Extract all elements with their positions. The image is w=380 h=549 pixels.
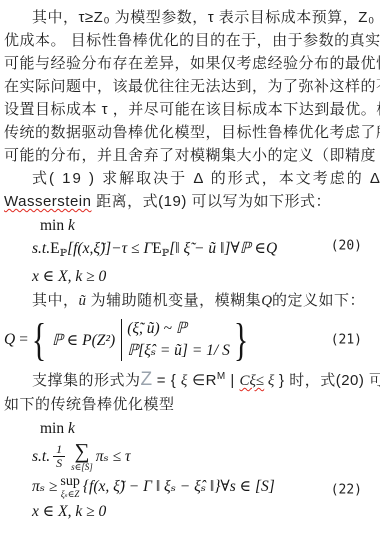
- text-line: Wasserstein 距离，式(19) 可以写为如下形式：: [4, 190, 376, 213]
- objective-variable: k: [68, 217, 75, 234]
- condition-joint-distribution: (ξ̃, ũ) ~ ℙ: [127, 318, 230, 340]
- support-set-z-symbol: Z: [141, 369, 153, 390]
- constraint-rhs: [‖ ξ̃ − ũ ‖]∀ℙ ∈: [169, 240, 266, 257]
- text-segment: 的定义如下：: [272, 292, 365, 309]
- equation-20: min k s.t.Eℙ[f(x,ξ̃)]−τ ≤ ΓEℙ[‖ ξ̃ − ũ ‖…: [4, 215, 376, 287]
- equation-22-objective: min k: [40, 418, 376, 439]
- text-segment: 为辅助随机变量，模糊集: [86, 292, 261, 309]
- equation-number: (21): [331, 333, 362, 348]
- auxiliary-variable-u: ũ: [79, 293, 87, 309]
- equation-20-domain: x ∈ X, k ≥ 0: [32, 266, 376, 287]
- text-line: 在实际问题中，该最优往往无法达到，为了弥补这样的不足，: [4, 75, 376, 98]
- budget-constraint-rhs: πₛ ≤ τ: [96, 446, 131, 467]
- equation-22: min k s.t. 1 S ∑ s∈[S] πₛ ≤ τ πₛ ≥ sup ξ…: [4, 418, 376, 522]
- equation-number: (22): [331, 483, 362, 498]
- ambiguity-set-symbol: Q: [4, 331, 15, 349]
- expectation-symbol: E: [50, 240, 59, 257]
- paragraph-wasserstein: 式( 19 ) 求解取决于 Δ 的形式，本文考虑的 Δ 为 Wasserstei…: [4, 167, 376, 213]
- equation-21-definition: Q = { ℙ ∈ P(Z²) (ξ̃, ũ) ~ ℙ ℙ[ξ̂ₛ = ũ] =…: [4, 317, 376, 363]
- sup-limits: ξₛ∈Z: [60, 489, 79, 499]
- text-segment: 支撑集的形式为: [32, 372, 141, 389]
- min-operator: min: [40, 420, 68, 437]
- constraint-lhs: [f(x,ξ̃)]−τ ≤ Γ: [67, 240, 152, 257]
- text-segment: 其中，: [32, 292, 79, 309]
- text-line: 传统的数据驱动鲁棒优化模型，目标性鲁棒优化考虑了所有: [4, 121, 376, 144]
- left-brace: {: [32, 317, 46, 363]
- equation-20-objective: min k: [40, 215, 376, 236]
- such-that-bar: [121, 319, 122, 361]
- xi-symbol: ξ: [264, 373, 274, 389]
- fraction-denominator: S: [53, 457, 65, 470]
- sigma-symbol: ∑: [71, 441, 93, 462]
- expectation-symbol: E: [152, 240, 161, 257]
- ambiguity-set-symbol: Q: [261, 293, 272, 309]
- text-segment: 距离，式(19) 可以写为如下形式：: [91, 193, 331, 210]
- text-segment: |: [226, 372, 240, 389]
- paragraph-model-params: 其中，τ≥Z₀ 为模型参数，τ 表示目标成本预算，Z₀ 表示最 优成本。 目标性…: [4, 6, 376, 167]
- equals-sign: =: [19, 331, 28, 349]
- one-over-s-fraction: 1 S: [53, 443, 65, 470]
- ambiguity-set-symbol: Q: [266, 240, 277, 257]
- sup-body: {f(x, ξ̃) − Γ ‖ ξₛ − ξ̂ₛ ‖}∀s ∈ [S]: [83, 476, 275, 497]
- summation-operator: ∑ s∈[S]: [71, 441, 93, 472]
- set-conditions: (ξ̃, ũ) ~ ℙ ℙ[ξ̂ₛ = ũ] = 1/ S: [127, 318, 230, 362]
- constraint-misspelled-segment: Cξ≤: [240, 373, 265, 389]
- min-operator: min: [40, 217, 68, 234]
- text-line: 支撑集的形式为Z = { ξ ∈RM | Cξ≤ ξ } 时，式(20) 可化为: [4, 365, 376, 393]
- wasserstein-misspelled-word: Wasserstein: [4, 193, 91, 210]
- condition-probability: ℙ[ξ̂ₛ = ũ] = 1/ S: [127, 340, 230, 362]
- sigma-limits: s∈[S]: [71, 462, 93, 472]
- text-line: 式( 19 ) 求解取决于 Δ 的形式，本文考虑的 Δ 为: [4, 167, 376, 190]
- equation-21: Q = { ℙ ∈ P(Z²) (ξ̃, ũ) ~ ℙ ℙ[ξ̂ₛ = ũ] =…: [4, 317, 376, 363]
- equation-22-domain: x ∈ X, k ≥ 0: [32, 501, 376, 522]
- expectation-subscript: ℙ: [60, 248, 68, 259]
- document-page: 其中，τ≥Z₀ 为模型参数，τ 表示目标成本预算，Z₀ 表示最 优成本。 目标性…: [0, 0, 380, 549]
- text-line: 可能与经验分布存在差异，如果仅考虑经验分布的最优性，则: [4, 52, 376, 75]
- paragraph-auxiliary-variable: 其中，ũ 为辅助随机变量，模糊集Q的定义如下：: [4, 289, 376, 313]
- pi-lhs: πₛ ≥: [32, 476, 57, 497]
- subject-to: s.t.: [32, 446, 50, 467]
- right-brace: }: [234, 317, 248, 363]
- text-segment: ∈R: [187, 372, 217, 389]
- text-line: 其中，τ≥Z₀ 为模型参数，τ 表示目标成本预算，Z₀ 表示最: [4, 6, 376, 29]
- equation-20-constraint: s.t.Eℙ[f(x,ξ̃)]−τ ≤ ΓEℙ[‖ ξ̃ − ũ ‖]∀ℙ ∈Q: [32, 238, 376, 264]
- text-line: 设置目标成本 τ ，并尽可能在该目标成本下达到最优。相比于: [4, 98, 376, 121]
- sup-symbol: sup: [60, 474, 79, 489]
- text-line: 优成本。 目标性鲁棒优化的目的在于，由于参数的真实分布: [4, 29, 376, 52]
- dimension-superscript: M: [217, 371, 226, 382]
- objective-variable: k: [68, 420, 75, 437]
- equation-22-budget-constraint: s.t. 1 S ∑ s∈[S] πₛ ≤ τ: [32, 441, 376, 472]
- subject-to: s.t.: [32, 240, 50, 257]
- paragraph-support-set: 支撑集的形式为Z = { ξ ∈RM | Cξ≤ ξ } 时，式(20) 可化为…: [4, 365, 376, 416]
- sup-operator: sup ξₛ∈Z: [60, 474, 79, 499]
- fraction-numerator: 1: [53, 443, 65, 457]
- equation-22-sup-constraint: πₛ ≥ sup ξₛ∈Z {f(x, ξ̃) − Γ ‖ ξₛ − ξ̂ₛ ‖…: [32, 474, 376, 499]
- text-line: 可能的分布，并且舍弃了对模糊集大小的定义（即精度 ε）。: [4, 144, 376, 167]
- text-line: 如下的传统鲁棒优化模型: [4, 393, 376, 416]
- set-membership: ℙ ∈ P(Z²): [52, 331, 115, 350]
- text-segment: } 时，式(20) 可化为: [274, 372, 380, 389]
- text-segment: = {: [152, 372, 181, 389]
- equation-number: (20): [331, 239, 362, 254]
